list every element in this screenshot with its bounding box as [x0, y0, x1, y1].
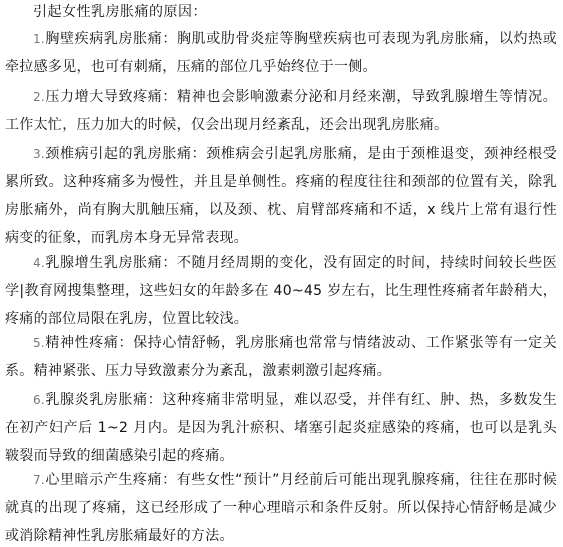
item-number: 5. [33, 336, 45, 350]
paragraph-1: 1.胸壁疾病乳房胀痛：胸肌或肋骨炎症等胸壁疾病也可表现为乳房胀痛，以灼热或牵拉感… [5, 25, 557, 81]
paragraph-3: 3.颈椎病引起的乳房胀痛：颈椎病会引起乳房胀痛，是由于颈椎退变，颈神经根受累所致… [5, 140, 557, 252]
paragraph-text: 乳腺炎乳房胀痛：这种疼痛非常明显，难以忍受，并伴有红、肿、热，多数发生在初产妇产… [5, 392, 557, 464]
item-number: 6. [33, 393, 45, 407]
item-number: 1. [33, 32, 45, 46]
paragraph-7: 7.心里暗示产生疼痛：有些女性“预计”月经前后可能出现乳腺疼痛，往往在那时候就真… [5, 466, 557, 547]
paragraph-text: 精神性疼痛：保持心情舒畅，乳房胀痛也常常与情绪波动、工作紧张等有一定关系。精神紧… [5, 335, 557, 379]
paragraph-text: 乳腺增生乳房胀痛：不随月经周期的变化，没有固定的时间，持续时间较长些医学|教育网… [5, 255, 557, 327]
document-title: 引起女性乳房胀痛的原因： [33, 2, 207, 22]
item-number: 7. [33, 473, 45, 487]
paragraph-2: 2.压力增大导致疼痛：精神也会影响激素分泌和月经来潮，导致乳腺增生等情况。工作太… [5, 83, 557, 139]
paragraph-4: 4.乳腺增生乳房胀痛：不随月经周期的变化，没有固定的时间，持续时间较长些医学|教… [5, 249, 557, 333]
paragraph-text: 压力增大导致疼痛：精神也会影响激素分泌和月经来潮，导致乳腺增生等情况。工作太忙，… [5, 89, 557, 133]
item-number: 3. [33, 147, 45, 161]
paragraph-text: 心里暗示产生疼痛：有些女性“预计”月经前后可能出现乳腺疼痛，往往在那时候就真的出… [5, 472, 557, 544]
paragraph-6: 6.乳腺炎乳房胀痛：这种疼痛非常明显，难以忍受，并伴有红、肿、热，多数发生在初产… [5, 386, 557, 470]
item-number: 4. [33, 256, 45, 270]
paragraph-text: 胸壁疾病乳房胀痛：胸肌或肋骨炎症等胸壁疾病也可表现为乳房胀痛，以灼热或牵拉感多见… [5, 31, 557, 75]
item-number: 2. [33, 90, 45, 104]
paragraph-5: 5.精神性疼痛：保持心情舒畅，乳房胀痛也常常与情绪波动、工作紧张等有一定关系。精… [5, 329, 557, 385]
paragraph-text: 颈椎病引起的乳房胀痛：颈椎病会引起乳房胀痛，是由于颈椎退变，颈神经根受累所致。这… [5, 146, 557, 246]
